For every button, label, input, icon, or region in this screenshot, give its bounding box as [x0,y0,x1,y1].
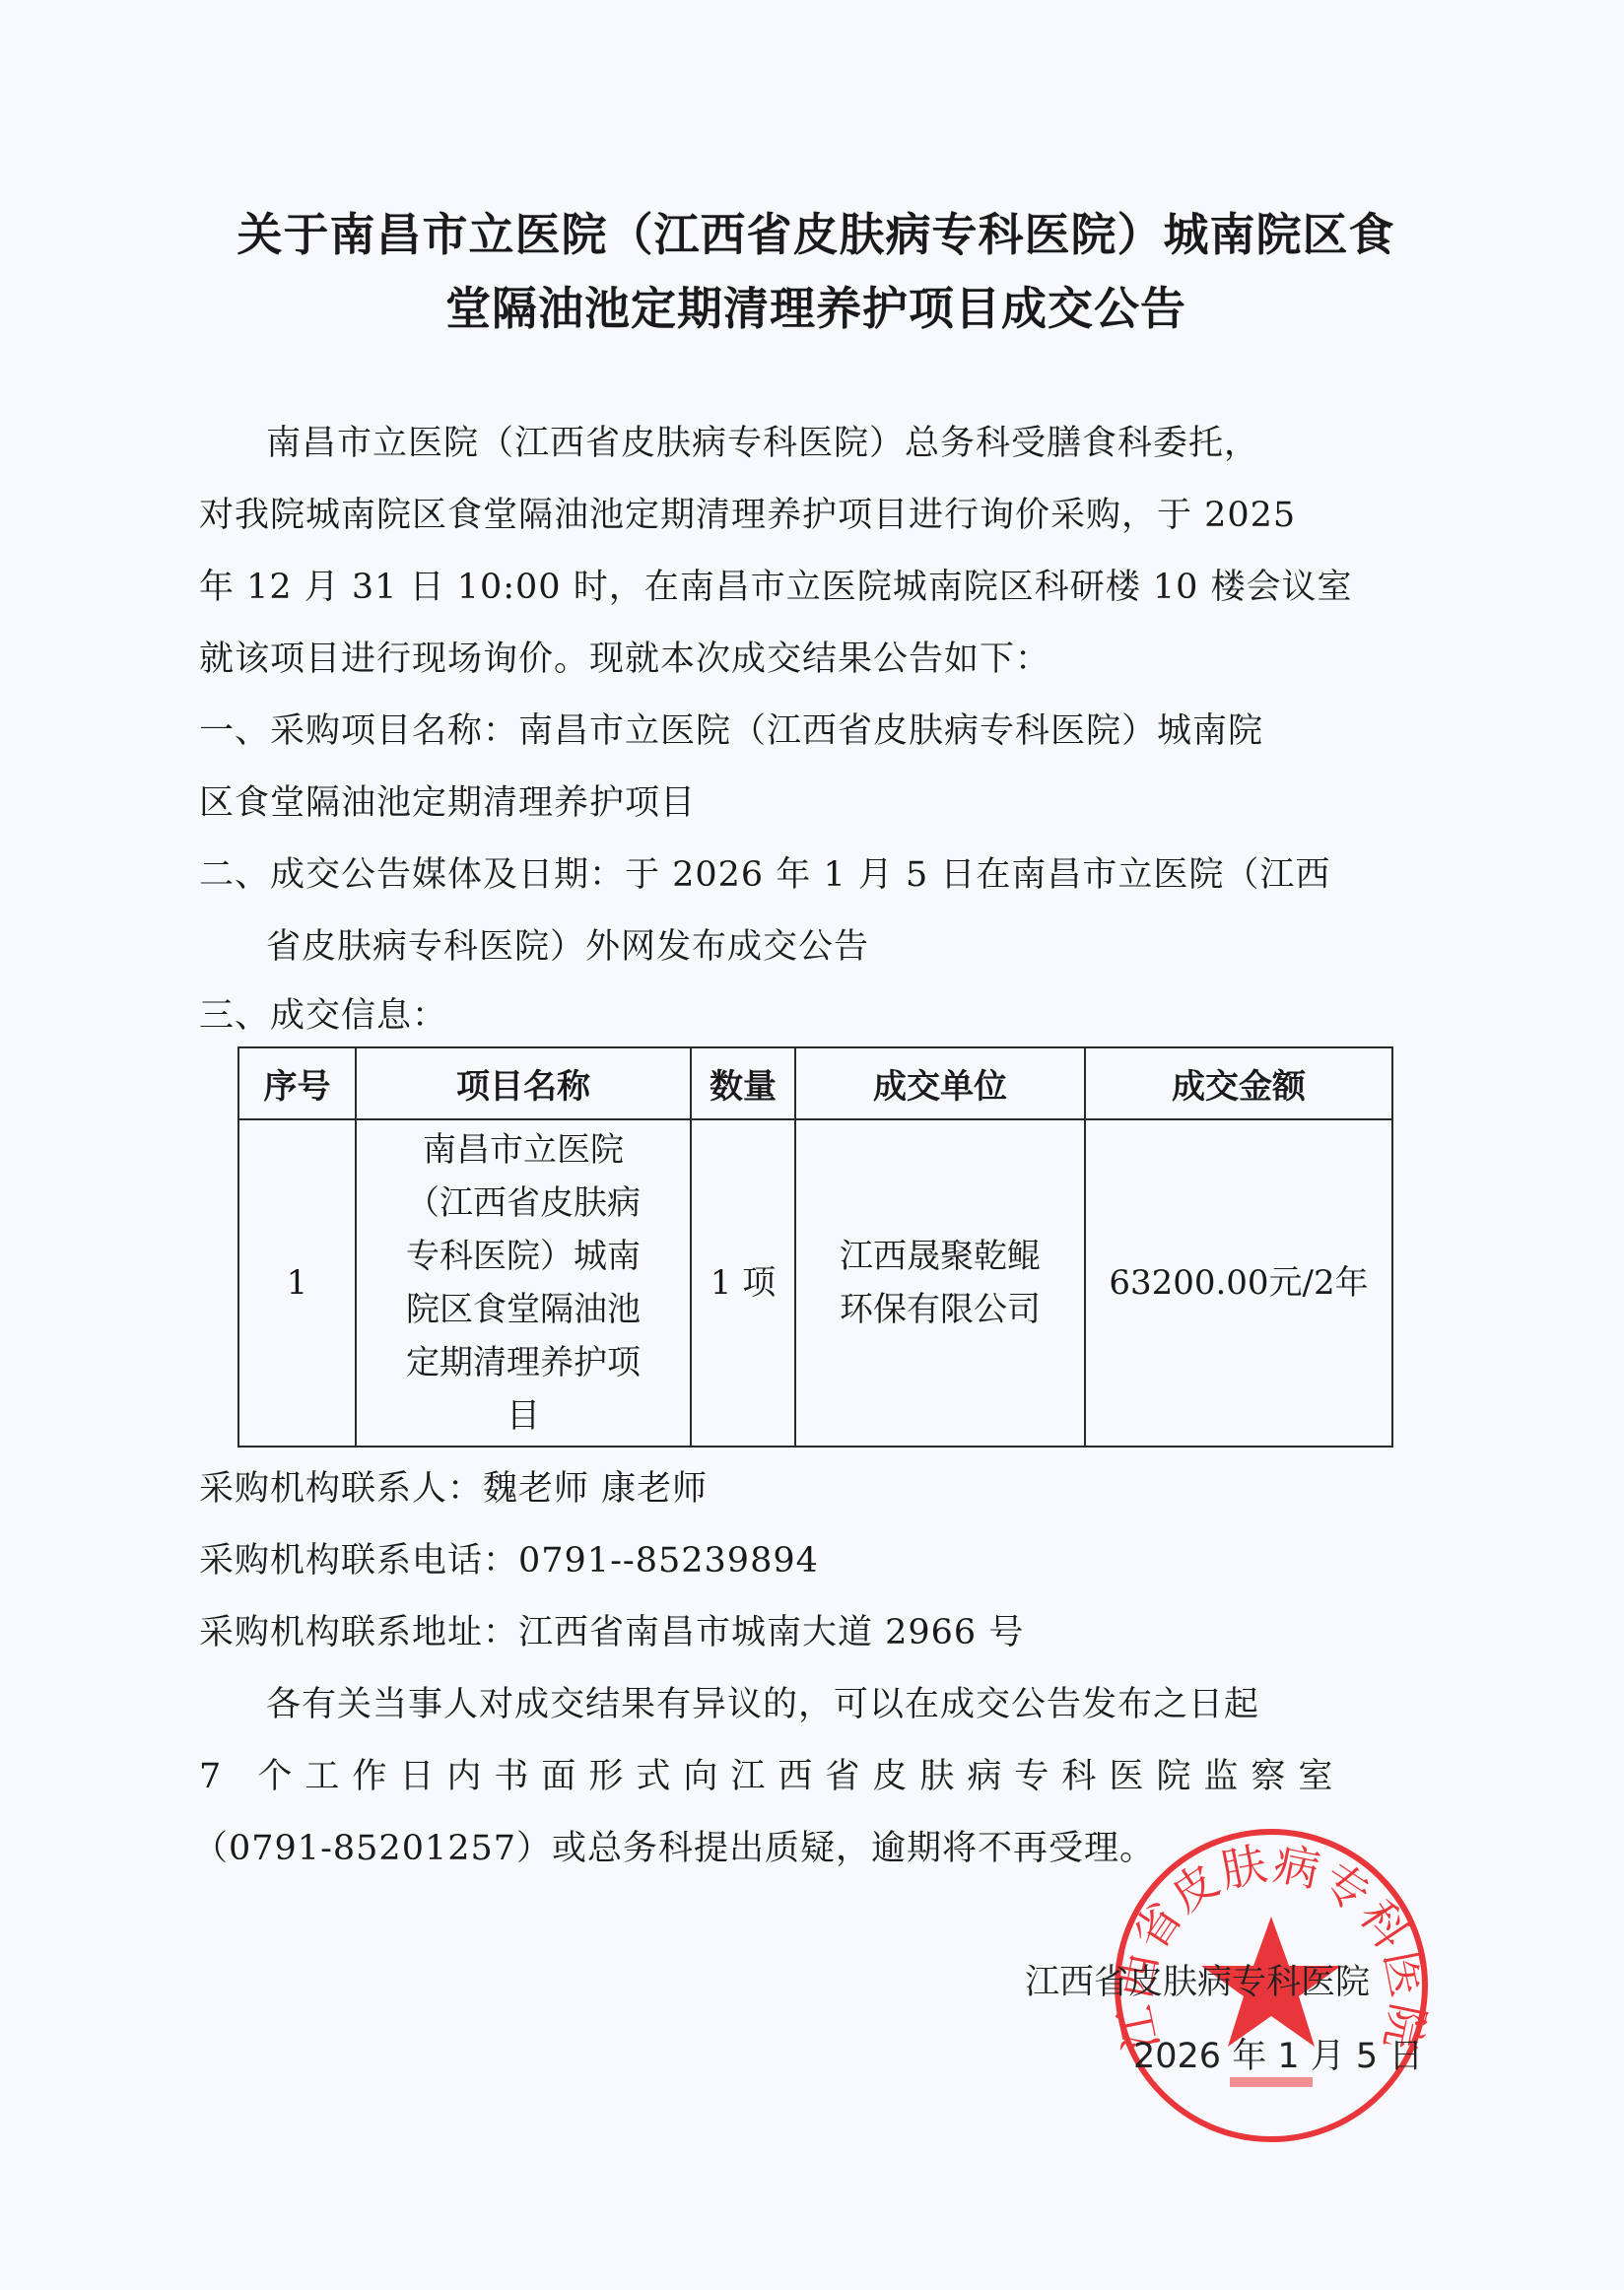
project-name-line: （江西省皮肤病 [357,1177,690,1230]
project-name-line: 专科医院）城南 [357,1230,690,1283]
document-title-line-1: 关于南昌市立医院（江西省皮肤病专科医院）城南院区食 [197,212,1435,257]
objection-line-3: （0791-85201257）或总务科提出质疑，逾期将不再受理。 [193,1832,1155,1866]
header-index: 序号 [238,1047,356,1119]
intro-line-1: 南昌市立医院（江西省皮肤病专科医院）总务科受膳食科委托， [266,427,1259,461]
contact-address: 采购机构联系地址：江西省南昌市城南大道 2966 号 [199,1616,1024,1650]
signature-date: 2026 年 1 月 5 日 [1133,2040,1423,2074]
intro-line-2: 对我院城南院区食堂隔油池定期清理养护项目进行询价采购，于 2025 [199,499,1296,533]
section-1-line-1: 一、采购项目名称：南昌市立医院（江西省皮肤病专科医院）城南院 [199,714,1263,749]
header-supplier: 成交单位 [795,1047,1085,1119]
project-name-line: 目 [357,1389,690,1443]
deal-info-table: 序号 项目名称 数量 成交单位 成交金额 1 南昌市立医院 （江西省皮肤病 专科… [237,1046,1393,1448]
document-title-line-2: 堂隔油池定期清理养护项目成交公告 [197,286,1435,331]
intro-line-3: 年 12 月 31 日 10:00 时，在南昌市立医院城南院区科研楼 10 楼会… [199,571,1352,605]
supplier-line: 江西晟聚乾鲲 [796,1230,1084,1283]
objection-line-1: 各有关当事人对成交结果有异议的，可以在成交公告发布之日起 [266,1688,1259,1722]
table-header-row: 序号 项目名称 数量 成交单位 成交金额 [238,1047,1392,1119]
project-name-line: 院区食堂隔油池 [357,1283,690,1336]
cell-amount: 63200.00元/2年 [1085,1119,1392,1447]
cell-supplier: 江西晟聚乾鲲 环保有限公司 [795,1119,1085,1447]
cell-index: 1 [238,1119,356,1447]
table-row: 1 南昌市立医院 （江西省皮肤病 专科医院）城南 院区食堂隔油池 定期清理养护项… [238,1119,1392,1447]
header-amount: 成交金额 [1085,1047,1392,1119]
contact-person: 采购机构联系人：魏老师 康老师 [199,1472,708,1507]
intro-line-4: 就该项目进行现场询价。现就本次成交结果公告如下： [199,642,1050,677]
section-3-heading: 三、成交信息： [199,999,447,1034]
document-page: 关于南昌市立医院（江西省皮肤病专科医院）城南院区食 堂隔油池定期清理养护项目成交… [0,0,1624,2290]
section-2-line-1: 二、成交公告媒体及日期：于 2026 年 1 月 5 日在南昌市立医院（江西 [199,858,1330,893]
project-name-line: 南昌市立医院 [357,1123,690,1177]
objection-line-2: 7 个工作日内书面形式向江西省皮肤病专科医院监察室 [199,1760,1345,1794]
project-name-line: 定期清理养护项 [357,1336,690,1389]
cell-quantity: 1 项 [691,1119,795,1447]
header-project-name: 项目名称 [356,1047,691,1119]
header-quantity: 数量 [691,1047,795,1119]
cell-project-name: 南昌市立医院 （江西省皮肤病 专科医院）城南 院区食堂隔油池 定期清理养护项 目 [356,1119,691,1447]
supplier-line: 环保有限公司 [796,1283,1084,1336]
signature-organization: 江西省皮肤病专科医院 [1025,1966,1370,2000]
section-1-line-2: 区食堂隔油池定期清理养护项目 [199,786,696,821]
contact-phone: 采购机构联系电话：0791--85239894 [199,1544,819,1579]
section-2-line-2: 省皮肤病专科医院）外网发布成交公告 [266,930,869,965]
